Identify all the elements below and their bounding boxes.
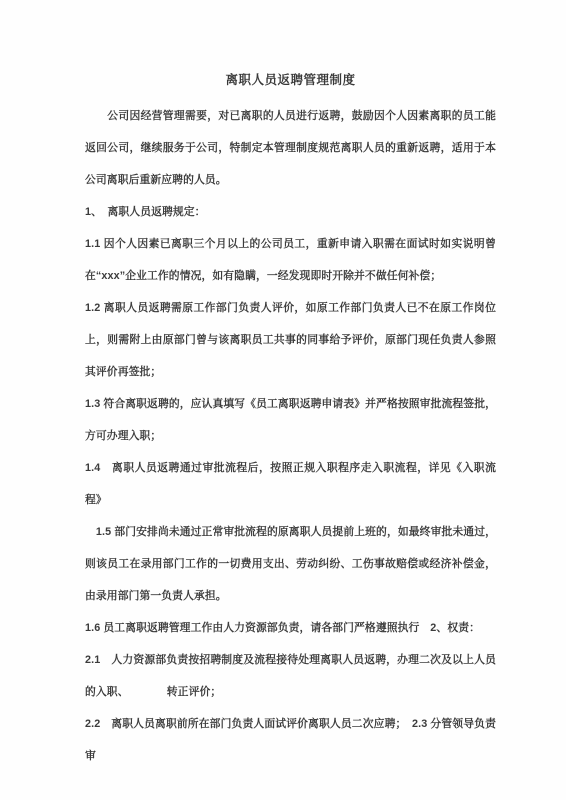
document-title: 离职人员返聘管理制度 — [85, 64, 496, 96]
document-page: 离职人员返聘管理制度 公司因经营管理需要，对已离职的人员进行返聘，鼓励因个人因素… — [0, 0, 566, 800]
clause-1-3: 1.3 符合离职返聘的，应认真填写《员工离职返聘申请表》并严格按照审批流程签批，… — [85, 388, 496, 452]
clause-2-1: 2.1 人力资源部负责按招聘制度及流程接待处理离职人员返聘，办理二次及以上人员的… — [85, 644, 496, 708]
clause-1-5: 1.5 部门安排尚未通过正常审批流程的原离职人员提前上班的，如最终审批未通过，则… — [85, 516, 496, 612]
paragraph-intro: 公司因经营管理需要，对已离职的人员进行返聘，鼓励因个人因素离职的员工能返回公司，… — [85, 100, 496, 196]
clause-1-4: 1.4 离职人员返聘通过审批流程后，按照正规入职程序走入职流程，详见《入职流程》 — [85, 452, 496, 516]
clause-2-2: 2.2 离职人员离职前所在部门负责人面试评价离职人员二次应聘； 2.3 分管领导… — [85, 708, 496, 772]
heading-section-1: 1、 离职人员返聘规定： — [85, 196, 496, 228]
document-content: 离职人员返聘管理制度 公司因经营管理需要，对已离职的人员进行返聘，鼓励因个人因素… — [0, 0, 566, 772]
clause-1-1: 1.1 因个人因素已离职三个月以上的公司员工，重新申请入职需在面试时如实说明曾在… — [85, 228, 496, 292]
clause-1-2: 1.2 离职人员返聘需原工作部门负责人评价，如原工作部门负责人已不在原工作岗位上… — [85, 292, 496, 388]
clause-1-6: 1.6 员工离职返聘管理工作由人力资源部负责，请各部门严格遵照执行 2、权责： — [85, 612, 496, 644]
